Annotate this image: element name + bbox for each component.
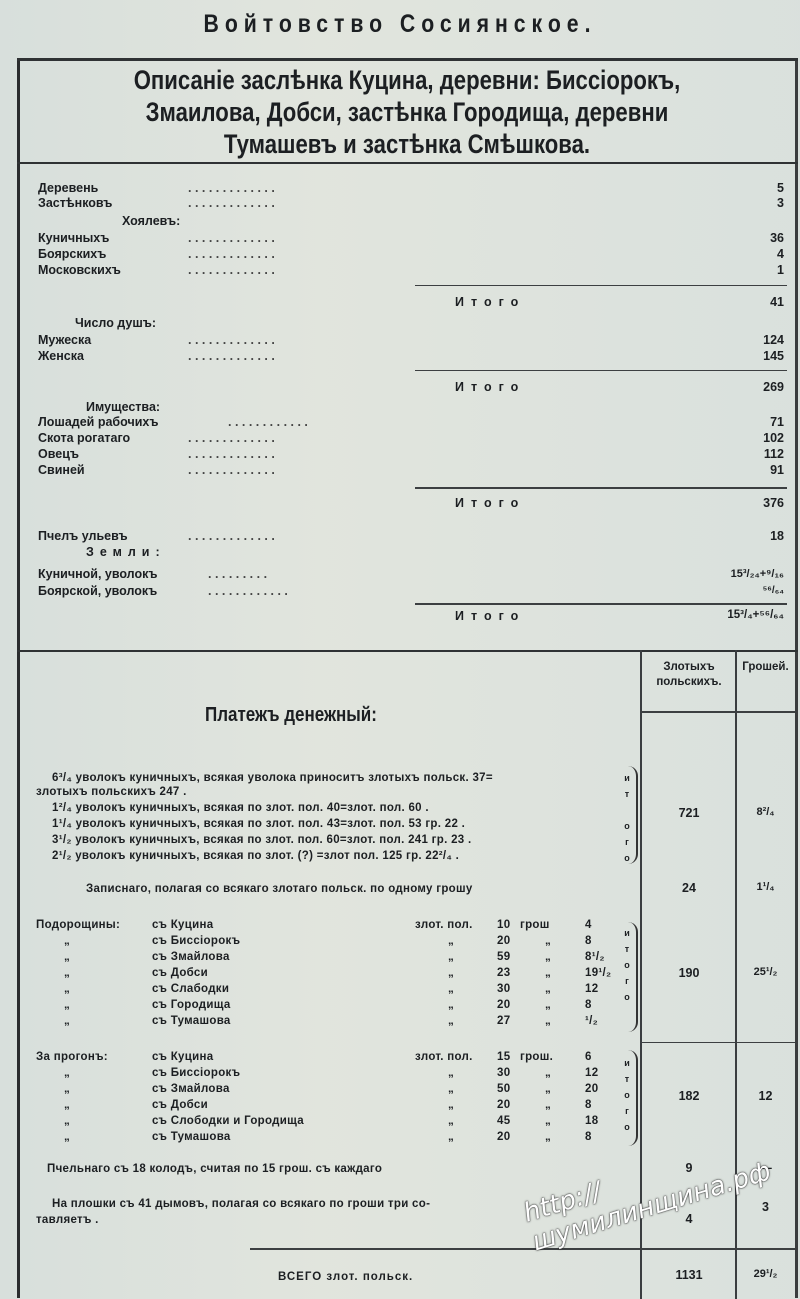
households-heading: Хоялевъ: [122,214,180,228]
column-header-grosz: Грошей. [738,660,793,675]
za-progon-grosz-label: „ [545,1130,551,1144]
podoroshchiny-grosz: 8¹/₂ [585,950,605,964]
podoroshchiny-place: съ Биссіорокъ [152,934,240,948]
row-boyarskie: Боярскихъ . . . . . . . . . . . . . 4 [38,246,784,262]
grand-total-label: ВСЕГО злот. польск. [278,1270,413,1284]
ditto-mark: „ [64,934,70,948]
za-progon-place: съ Биссіорокъ [152,1066,240,1080]
za-progon-zloty: 20 [497,1098,510,1112]
column-header-rule [640,711,795,713]
row-male: Мужеска . . . . . . . . . . . . . 124 [38,332,784,348]
podoroshchiny-zloty: 27 [497,1014,510,1028]
ditto-mark: „ [64,1130,70,1144]
ditto-mark: „ [64,1014,70,1028]
row-cattle: Скота рогатаго . . . . . . . . . . . . .… [38,430,784,446]
podoroshchiny-unit: „ [448,982,454,996]
kunichny-line: 6³/₄ уволокъ куничныхъ, всякая уволока п… [52,771,493,785]
row-pigs: Свиней . . . . . . . . . . . . . 91 [38,462,784,478]
frame-border-right [795,58,798,1298]
column-divider-grosz [735,650,737,1299]
ditto-mark: „ [64,1098,70,1112]
podoroshchiny-zloty: 10 [497,918,510,932]
za-progon-zloty: 182 [645,1089,733,1103]
souls-heading: Число душъ: [75,316,156,330]
ploshki-text: тавляетъ . [36,1213,99,1227]
row-land-boyarskaya: Боярской, уволокъ . . . . . . . . . . . … [38,583,784,599]
za-progon-grosz: 8 [585,1130,592,1144]
podoroshchiny-zloty: 20 [497,998,510,1012]
podoroshchiny-zloty: 23 [497,966,510,980]
za-progon-zloty: 45 [497,1114,510,1128]
podoroshchiny-unit: „ [448,966,454,980]
zapisnoe-grosz: 1¹/₄ [738,881,793,893]
kunichny-line: 1²/₄ уволокъ куничныхъ, всякая по злот. … [52,801,429,815]
title-rule [17,162,798,164]
za-progon-place: съ Змайлова [152,1082,230,1096]
za-progon-grosz-label: „ [545,1098,551,1112]
row-kunichnye: Куничныхъ . . . . . . . . . . . . . 36 [38,230,784,246]
ploshki-grosz: 3 [738,1200,793,1214]
ditto-mark: „ [64,982,70,996]
kunichny-line: 3¹/₂ уволокъ куничныхъ, всякая по злот. … [52,833,471,847]
ditto-mark: „ [64,966,70,980]
page-heading: Войтовство Сосиянское. [60,10,740,39]
podoroshchiny-place: съ Змайлова [152,950,230,964]
document-title: Описаніе заслѣнка Куцина, деревни: Биссі… [91,64,722,160]
total-bracket [628,1050,638,1146]
podoroshchiny-zloty: 190 [645,966,733,980]
podoroshchiny-grosz: ¹/₂ [585,1014,598,1028]
podoroshchiny-unit: „ [448,998,454,1012]
row-derevni: Деревень . . . . . . . . . . . . . 5 [38,180,784,196]
podoroshchiny-grosz-label: „ [545,950,551,964]
grand-total-zloty: 1131 [645,1268,733,1282]
za-progon-zloty: 15 [497,1050,510,1064]
za-progon-place: съ Слободки и Городища [152,1114,304,1128]
za-progon-unit: „ [448,1130,454,1144]
households-total-label: Итого [455,295,525,309]
za-progon-place: съ Добси [152,1098,208,1112]
za-progon-grosz-label: „ [545,1082,551,1096]
podoroshchiny-place: съ Куцина [152,918,213,932]
za-progon-unit: „ [448,1098,454,1112]
ditto-mark: „ [64,998,70,1012]
za-progon-grosz: 18 [585,1114,598,1128]
podoroshchiny-grosz: 12 [585,982,598,996]
podoroshchiny-label: Подорощины: [36,918,120,932]
kunichny-line: злотыхъ польскихъ 247 . [36,785,187,799]
za-progon-unit: злот. пол. [415,1050,473,1064]
za-progon-grosz-label: „ [545,1066,551,1080]
podoroshchiny-grosz-label: „ [545,934,551,948]
property-total-value: 376 [763,496,784,510]
ditto-mark: „ [64,1082,70,1096]
property-total-label: Итого [455,496,525,510]
podoroshchiny-unit: злот. пол. [415,918,473,932]
row-moskovskie: Московскихъ . . . . . . . . . . . . . 1 [38,262,784,278]
za-progon-unit: „ [448,1114,454,1128]
souls-total-value: 269 [763,380,784,394]
za-progon-zloty: 20 [497,1130,510,1144]
ditto-mark: „ [64,1066,70,1080]
subtotal-rule [415,285,787,286]
ditto-mark: „ [64,1114,70,1128]
row-land-kunichnaya: Куничной, уволокъ . . . . . . . . . 15³/… [38,566,784,582]
payments-title: Платежъ денежный: [205,704,377,727]
podoroshchiny-place: съ Слабодки [152,982,229,996]
za-progon-place: съ Тумашова [152,1130,231,1144]
row-zastenki: Застѣнковъ . . . . . . . . . . . . . 3 [38,195,784,211]
za-progon-label: За прогонъ: [36,1050,108,1064]
za-progon-zloty: 50 [497,1082,510,1096]
za-progon-unit: „ [448,1082,454,1096]
frame-top-rule [17,58,798,61]
podoroshchiny-place: съ Добси [152,966,208,980]
za-progon-place: съ Куцина [152,1050,213,1064]
podoroshchiny-unit: „ [448,934,454,948]
souls-total-label: Итого [455,380,525,394]
podoroshchiny-place: съ Тумашова [152,1014,231,1028]
za-progon-unit: „ [448,1066,454,1080]
podoroshchiny-grosz: 8 [585,998,592,1012]
za-progon-grosz-label: грош. [520,1050,553,1064]
land-total-label: Итого [455,609,525,623]
za-progon-zloty: 30 [497,1066,510,1080]
row-sheep: Овецъ . . . . . . . . . . . . . 112 [38,446,784,462]
column-header-zloty: Злотыхъ польскихъ. [643,660,735,690]
payments-top-rule [17,650,798,652]
podoroshchiny-grosz-label: „ [545,998,551,1012]
total-bracket [628,766,638,864]
podoroshchiny-grosz-label: „ [545,1014,551,1028]
grand-total-rule [250,1248,795,1250]
section-rule [640,1042,795,1043]
podoroshchiny-grosz-label: „ [545,966,551,980]
land-total-value: 15³/₄+⁵⁶/₆₄ [727,609,784,621]
kunichny-zloty: 721 [645,806,733,820]
row-bees: Пчелъ ульевъ . . . . . . . . . . . . . 1… [38,528,784,544]
ploshki-text: На плошки съ 41 дымовъ, полагая со всяка… [52,1197,430,1211]
property-heading: Имущества: [86,400,160,414]
podoroshchiny-grosz-label: грош [520,918,550,932]
podoroshchiny-grosz: 19¹/₂ [585,966,611,980]
podoroshchiny-grosz: 4 [585,918,592,932]
za-progon-grosz: 8 [585,1098,592,1112]
podoroshchiny-zloty: 20 [497,934,510,948]
podoroshchiny-grosz-label: „ [545,982,551,996]
za-progon-grosz: 12 [585,1066,598,1080]
land-heading: Земли: [86,545,166,559]
grand-total-grosz: 29¹/₂ [738,1268,793,1280]
subtotal-rule [415,370,787,371]
za-progon-grosz-label: „ [545,1114,551,1128]
za-progon-grosz: 20 [585,1082,598,1096]
households-total-value: 41 [770,295,784,309]
row-horses: Лошадей рабочихъ . . . . . . . . . . . .… [38,414,784,430]
podoroshchiny-unit: „ [448,1014,454,1028]
podoroshchiny-grosz: 8 [585,934,592,948]
zapisnoe-text: Записнаго, полагая со всякаго злотаго по… [86,882,473,896]
podoroshchiny-unit: „ [448,950,454,964]
kunichny-grosz: 8²/₄ [738,806,793,818]
za-progon-grosz: 12 [738,1089,793,1103]
zapisnoe-zloty: 24 [645,881,733,895]
row-female: Женска . . . . . . . . . . . . . 145 [38,348,784,364]
frame-border-left [17,58,20,1298]
subtotal-rule [415,487,787,489]
podoroshchiny-zloty: 59 [497,950,510,964]
za-progon-grosz: 6 [585,1050,592,1064]
kunichny-line: 2¹/₂ уволокъ куничныхъ, всякая по злот. … [52,849,459,863]
total-bracket [628,922,638,1032]
kunichny-line: 1¹/₄ уволокъ куничныхъ, всякая по злот. … [52,817,465,831]
podoroshchiny-place: съ Городища [152,998,231,1012]
subtotal-rule [415,603,787,605]
ditto-mark: „ [64,950,70,964]
pchelnoe-text: Пчельнаго съ 18 колодъ, считая по 15 гро… [47,1162,382,1176]
podoroshchiny-grosz: 25¹/₂ [738,966,793,978]
podoroshchiny-zloty: 30 [497,982,510,996]
